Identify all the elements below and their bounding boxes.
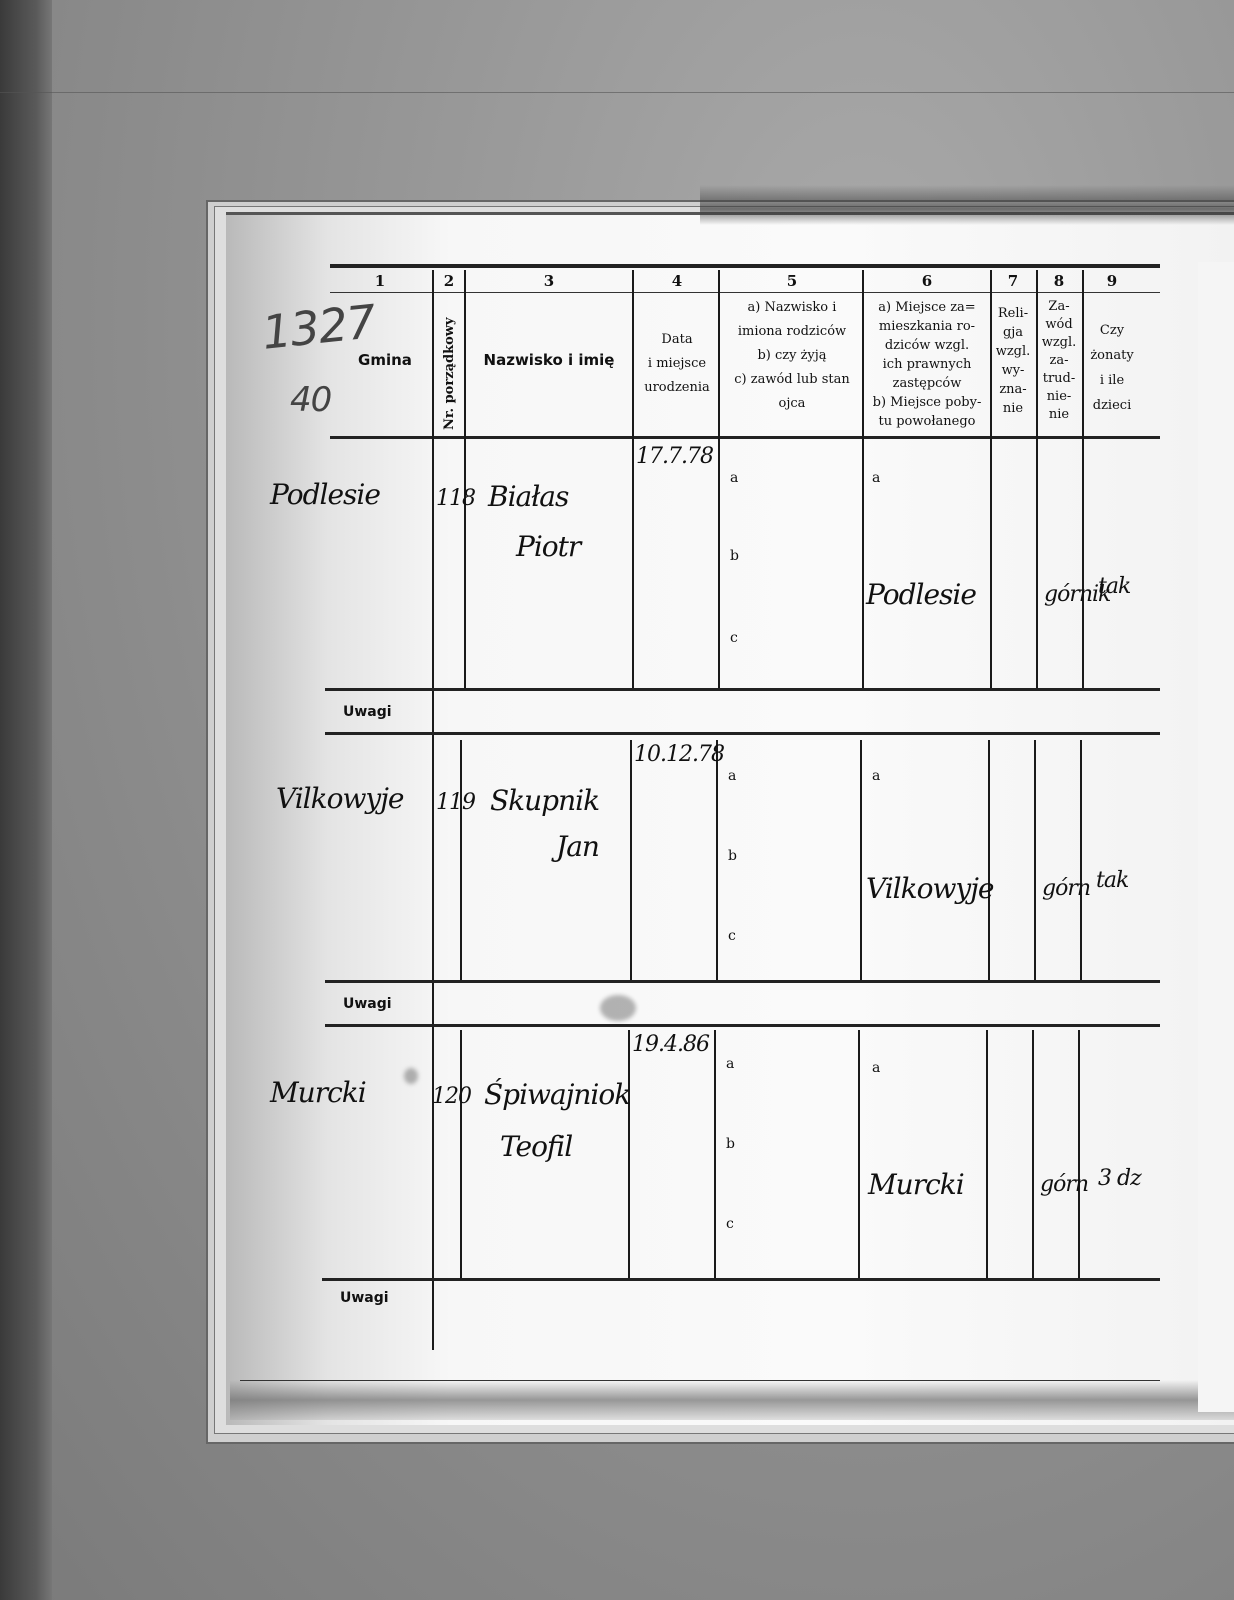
entry-3-col6-b: Murcki	[868, 1168, 964, 1201]
col-8-header: Za- wód wzgl. za- trud- nie- nie	[1036, 298, 1082, 424]
entry-2-surname: Skupnik	[490, 784, 599, 817]
entry-1-gmina: Podlesie	[270, 478, 380, 511]
col-8-header-line: nie-	[1036, 388, 1082, 406]
col-4-header-line: i miejsce	[634, 352, 720, 376]
entry-3-given-name: Teofil	[500, 1130, 572, 1163]
col-8-header-line: trud-	[1036, 370, 1082, 388]
entry-1-marker-b: b	[730, 548, 739, 564]
col-9-header: Czy żonaty i ile dzieci	[1082, 318, 1142, 418]
entry-1-birth-date: 17.7.78	[636, 444, 713, 469]
ink-spot	[404, 1068, 418, 1084]
remarks-3-label: Uwagi	[340, 1290, 389, 1306]
col-8-header-line: za-	[1036, 352, 1082, 370]
col-6-header-line: ich prawnych	[864, 355, 990, 374]
page-shadow-top	[700, 185, 1234, 225]
col-3-header: Nazwisko i imię	[466, 352, 632, 368]
remarks-3-top-rule	[322, 1278, 1160, 1281]
e2-divider-7-8	[1034, 740, 1036, 980]
e3-divider-3-4	[628, 1030, 630, 1278]
e2-divider-6-7	[988, 740, 990, 980]
col-3-number: 3	[466, 272, 632, 290]
entry-3-nr: 120	[432, 1084, 471, 1109]
col-6-header-line: b) Miejsce poby-	[864, 393, 990, 412]
col-6-header-line: dziców wzgl.	[864, 336, 990, 355]
col-1-number: 1	[330, 272, 430, 290]
remarks-2-label: Uwagi	[343, 996, 392, 1012]
remarks-2-top-rule	[325, 980, 1160, 983]
col-9-header-line: Czy	[1082, 318, 1142, 343]
col-divider-1-2	[432, 270, 434, 1350]
facing-page-edge	[1198, 262, 1234, 1412]
entry-2-given-name: Jan	[556, 830, 599, 863]
col-9-header-line: żonaty	[1082, 343, 1142, 368]
col-7-number: 7	[990, 272, 1036, 290]
col-6-header: a) Miejsce za= mieszkania ro- dziców wzg…	[864, 298, 990, 431]
e3-divider-7-8	[1032, 1030, 1034, 1278]
entry-3-gmina: Murcki	[270, 1076, 366, 1109]
col-4-header-line: Data	[634, 328, 720, 352]
entry-3-marker-c: c	[726, 1216, 734, 1232]
entry-1-nr: 118	[436, 486, 475, 511]
col-6-header-line: mieszkania ro-	[864, 317, 990, 336]
col-7-header: Reli- gja wzgl. wy- zna- nie	[990, 304, 1036, 418]
entry-3-marker-b: b	[726, 1136, 735, 1152]
entry-3-col6-marker-a: a	[872, 1060, 880, 1076]
col-7-header-line: nie	[990, 399, 1036, 418]
col-4-header-line: urodzenia	[634, 376, 720, 400]
e2-divider-3-4	[630, 740, 632, 980]
e3-divider-2-3	[460, 1030, 462, 1278]
col-6-header-line: a) Miejsce za=	[864, 298, 990, 317]
col-4-number: 4	[634, 272, 720, 290]
scan-artifact-line	[0, 92, 1234, 93]
entry-3-surname: Śpiwajniok	[484, 1078, 630, 1111]
handwritten-sub-number: 40	[290, 380, 331, 420]
entry-2-birth-date: 10.12.78	[634, 742, 724, 767]
page-bottom-rule	[240, 1380, 1160, 1381]
entry-2-col6-marker-a: a	[872, 768, 880, 784]
col-7-header-line: Reli-	[990, 304, 1036, 323]
entry-3-birth-date: 19.4.86	[632, 1032, 709, 1057]
entry-2-nr: 119	[436, 790, 475, 815]
remarks-1-bottom-rule	[325, 732, 1160, 735]
page-shadow-bottom	[230, 1380, 1234, 1420]
col-7-header-line: wy-	[990, 361, 1036, 380]
entry-3-married: 3 dz	[1098, 1166, 1141, 1191]
e2-divider-4-5	[716, 740, 718, 980]
col-2-header: Nr. porządkowy	[442, 317, 457, 430]
col-9-header-line: dzieci	[1082, 393, 1142, 418]
col-divider-3-4	[632, 270, 634, 690]
ink-stain	[600, 995, 636, 1021]
e2-divider-8-9	[1080, 740, 1082, 980]
remarks-1-top-rule	[325, 688, 1160, 691]
col-2-number: 2	[434, 272, 464, 290]
entry-2-marker-c: c	[728, 928, 736, 944]
col-divider-4-5	[718, 270, 720, 690]
col-8-header-line: wzgl.	[1036, 334, 1082, 352]
e2-divider-2-3	[460, 740, 462, 980]
entry-3-occupation: górn	[1040, 1172, 1088, 1197]
col-5-header-line: a) Nazwisko i	[720, 296, 864, 320]
e3-divider-6-7	[986, 1030, 988, 1278]
entry-1-marker-a: a	[730, 470, 738, 486]
col-4-header: Data i miejsce urodzenia	[634, 328, 720, 400]
entry-2-married: tak	[1096, 868, 1128, 893]
e3-divider-4-5	[714, 1030, 716, 1278]
col-divider-7-8	[1036, 270, 1038, 690]
col-5-header-line: imiona rodziców	[720, 320, 864, 344]
col-7-header-line: zna-	[990, 380, 1036, 399]
col-7-header-line: wzgl.	[990, 342, 1036, 361]
header-top-rule	[330, 264, 1160, 268]
entry-2-col6-b: Vilkowyje	[866, 872, 994, 905]
col-divider-5-6	[862, 270, 864, 690]
col-8-header-line: wód	[1036, 316, 1082, 334]
col-5-header: a) Nazwisko i imiona rodziców b) czy żyj…	[720, 296, 864, 416]
col-7-header-line: gja	[990, 323, 1036, 342]
e2-divider-5-6	[860, 740, 862, 980]
entry-1-col6-b: Podlesie	[866, 578, 976, 611]
col-6-header-line: zastępców	[864, 374, 990, 393]
entry-2-gmina: Vilkowyje	[276, 782, 404, 815]
col-divider-2-3	[464, 270, 466, 690]
col-divider-8-9	[1082, 270, 1084, 690]
entry-3-marker-a: a	[726, 1056, 734, 1072]
col-5-number: 5	[720, 272, 864, 290]
entry-1-surname: Białas	[488, 480, 568, 513]
e3-divider-8-9	[1078, 1030, 1080, 1278]
col-5-header-line: b) czy żyją	[720, 344, 864, 368]
col-6-number: 6	[864, 272, 990, 290]
col-5-header-line: ojca	[720, 392, 864, 416]
entry-2-marker-a: a	[728, 768, 736, 784]
e3-divider-5-6	[858, 1030, 860, 1278]
entry-1-marker-c: c	[730, 630, 738, 646]
entry-2-marker-b: b	[728, 848, 737, 864]
remarks-1-label: Uwagi	[343, 704, 392, 720]
entry-1-col6-marker-a: a	[872, 470, 880, 486]
col-8-header-line: nie	[1036, 406, 1082, 424]
col-8-number: 8	[1036, 272, 1082, 290]
entry-2-occupation: górn	[1042, 876, 1090, 901]
entry-1-married: tak	[1098, 574, 1130, 599]
col-8-header-line: Za-	[1036, 298, 1082, 316]
col-divider-6-7	[990, 270, 992, 690]
col-6-header-line: tu powołanego	[864, 412, 990, 431]
col-5-header-line: c) zawód lub stan	[720, 368, 864, 392]
col-9-header-line: i ile	[1082, 368, 1142, 393]
col-9-number: 9	[1082, 272, 1142, 290]
remarks-2-bottom-rule	[325, 1024, 1160, 1027]
scan-left-edge	[0, 0, 52, 1600]
col-1-header: Gmina	[340, 352, 430, 368]
entry-1-given-name: Piotr	[516, 530, 580, 563]
